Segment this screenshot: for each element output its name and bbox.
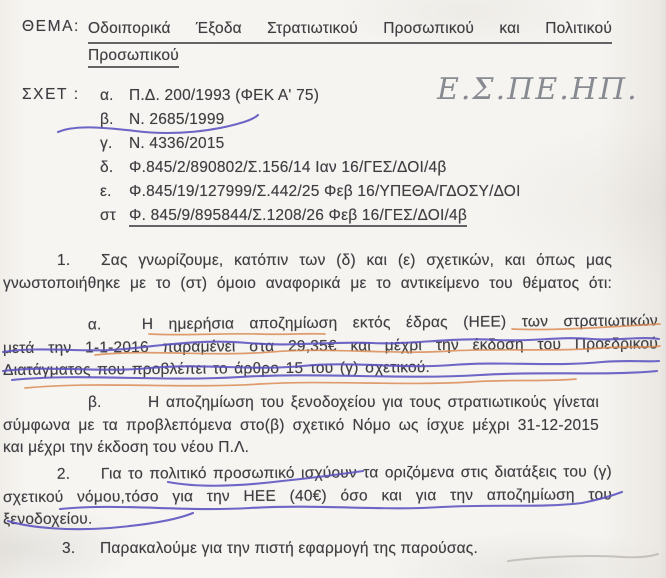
paragraph-alpha: α. Η ημερήσια αποζημίωση εκτός έδρας (ΗΕ… xyxy=(3,310,658,382)
paragraph-3: 3. Παρακαλούμε για την πιστή εφαρμογή τη… xyxy=(3,538,612,561)
paragraph-2: 2. Για το πολιτικό προσωπικό ισχύουν τα … xyxy=(3,461,612,531)
references-label: ΣΧΕΤ : xyxy=(22,86,80,104)
reference-index: στ xyxy=(100,206,129,226)
reference-index: δ. xyxy=(100,158,129,178)
reference-item-a: α.Π.Δ. 200/1993 (ΦΕΚ Α' 75) xyxy=(100,86,319,106)
paragraph-number: α. xyxy=(3,314,142,337)
reference-text: Ν. 4336/2015 xyxy=(129,135,224,152)
paragraph-text: Η αποζημίωση του ξενοδοχείου για τους στ… xyxy=(148,392,599,415)
paragraph-line: μετά την 1-1-2016 παραμένει στα 29,35€ κ… xyxy=(3,333,658,360)
paragraph-text: Για το πολιτικό προσωπικό ισχύουν τα ορι… xyxy=(101,461,612,486)
paragraph-text: Παρακαλούμε για την πιστή εφαρμογή της π… xyxy=(100,538,612,561)
subject-row: ΘΕΜΑ: xyxy=(22,18,80,36)
reference-text: Ν. 2685/1999 xyxy=(129,111,224,128)
paragraph-line: σύμφωνα με τα προβλεπόμενα στο(β) σχετικ… xyxy=(3,415,599,438)
reference-index: β. xyxy=(100,110,129,130)
references-block: ΣΧΕΤ : α.Π.Δ. 200/1993 (ΦΕΚ Α' 75) β.Ν. … xyxy=(22,86,582,236)
paragraph-line: ξενοδοχείου. xyxy=(3,506,612,531)
paragraph-text: Σας γνωρίζουμε, κατόπιν των (δ) και (ε) … xyxy=(101,250,612,273)
paragraph-line: γνωστοποιήθηκε με το (στ) όμοιο αναφορικ… xyxy=(3,273,612,296)
paragraph-line: β. Η αποζημίωση του ξενοδοχείου για τους… xyxy=(3,392,599,415)
reference-text: Φ.845/2/890802/Σ.156/14 Ιαν 16/ΓΕΣ/ΔΟΙ/4… xyxy=(129,159,446,176)
subject-line-2: Προσωπικού xyxy=(88,47,179,68)
paragraph-line: σχετικού νόμου,τόσο για την ΗΕΕ (40€) όσ… xyxy=(3,484,612,509)
paragraph-1: 1. Σας γνωρίζουμε, κατόπιν των (δ) και (… xyxy=(3,250,612,295)
scanned-document-page: ΘΕΜΑ: Οδοιπορικά Έξοδα Στρατιωτικού Προσ… xyxy=(0,0,666,578)
paragraph-text: Η ημερήσια αποζημίωση εκτός έδρας (ΗΕΕ) … xyxy=(142,310,658,336)
paragraph-number: 1. xyxy=(3,250,101,273)
paragraph-line: και μέχρι την έκδοση του νέου Π.Λ. xyxy=(3,437,599,460)
thema-label: ΘΕΜΑ: xyxy=(22,18,80,35)
paragraph-line: 2. Για το πολιτικό προσωπικό ισχύουν τα … xyxy=(3,461,612,486)
paragraph-line: Διατάγματος που προβλέπει το άρθρο 15 το… xyxy=(3,355,658,382)
paragraph-line: 1. Σας γνωρίζουμε, κατόπιν των (δ) και (… xyxy=(3,250,612,273)
reference-item-e: ε.Φ.845/19/127999/Σ.442/25 Φεβ 16/ΥΠΕΘΑ/… xyxy=(100,182,521,202)
reference-text: Π.Δ. 200/1993 (ΦΕΚ Α' 75) xyxy=(129,87,319,104)
reference-item-d: δ.Φ.845/2/890802/Σ.156/14 Ιαν 16/ΓΕΣ/ΔΟΙ… xyxy=(100,158,446,178)
paragraph-line: 3. Παρακαλούμε για την πιστή εφαρμογή τη… xyxy=(3,538,612,561)
paragraph-number: 3. xyxy=(3,538,100,561)
reference-text-underlined: Φ. 845/9/895844/Σ.1208/26 Φεβ 16/ΓΕΣ/ΔΟΙ… xyxy=(129,207,467,227)
reference-item-st: στΦ. 845/9/895844/Σ.1208/26 Φεβ 16/ΓΕΣ/Δ… xyxy=(100,206,467,226)
paragraph-number: 2. xyxy=(3,464,101,487)
paragraph-beta: β. Η αποζημίωση του ξενοδοχείου για τους… xyxy=(3,392,599,460)
reference-item-c: γ.Ν. 4336/2015 xyxy=(100,134,224,154)
subject-line-1: Οδοιπορικά Έξοδα Στρατιωτικού Προσωπικού… xyxy=(88,18,612,44)
subject-block: Οδοιπορικά Έξοδα Στρατιωτικού Προσωπικού… xyxy=(88,18,612,68)
reference-index: ε. xyxy=(100,182,129,202)
reference-index: γ. xyxy=(100,134,129,154)
paragraph-number: β. xyxy=(3,392,148,415)
reference-item-b: β.Ν. 2685/1999 xyxy=(100,110,224,130)
reference-index: α. xyxy=(100,86,129,106)
reference-text: Φ.845/19/127999/Σ.442/25 Φεβ 16/ΥΠΕΘΑ/ΓΔ… xyxy=(129,183,521,200)
